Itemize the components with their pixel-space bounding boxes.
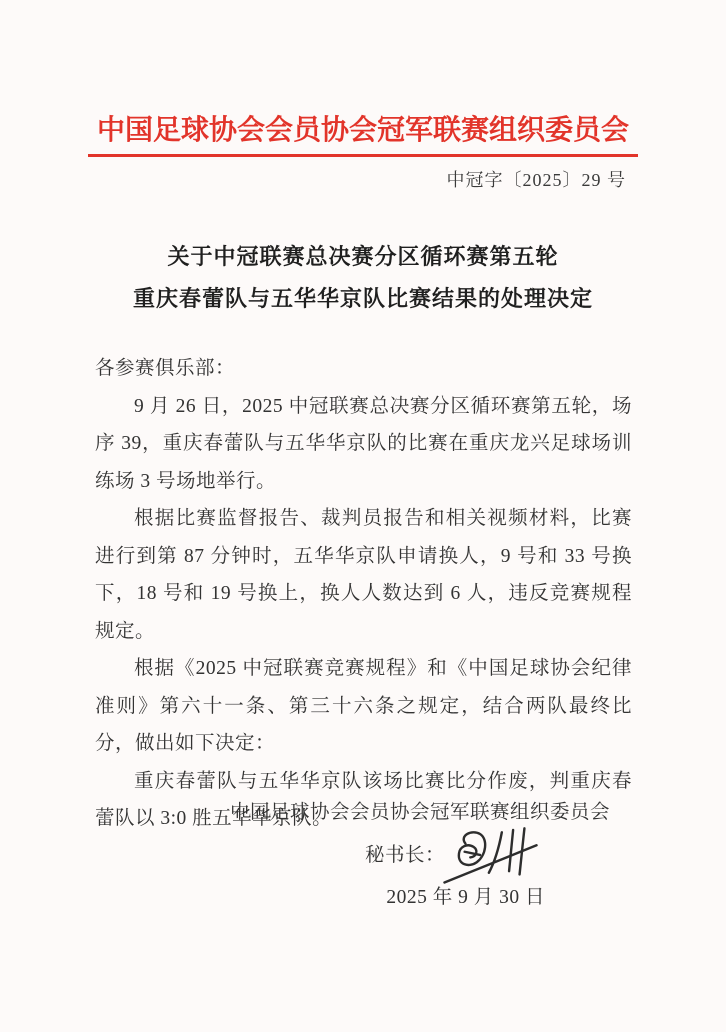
document-page: 中国足球协会会员协会冠军联赛组织委员会 中冠字〔2025〕29 号 关于中冠联赛… [0,0,726,1032]
body-paragraph-3: 根据《2025 中冠联赛竞赛规程》和《中国足球协会纪律准则》第六十一条、第三十六… [95,650,632,763]
document-title-line1: 关于中冠联赛总决赛分区循环赛第五轮 [0,236,726,278]
letterhead-org-title: 中国足球协会会员协会冠军联赛组织委员会 [88,108,638,157]
handwritten-signature [438,820,543,894]
document-number: 中冠字〔2025〕29 号 [447,166,627,192]
secretary-label: 秘书长： [0,843,726,869]
closing-block: 中国足球协会会员协会冠军联赛组织委员会 秘书长： 2025 年 9 月 30 日 [0,800,726,911]
body-paragraph-1: 9 月 26 日，2025 中冠联赛总决赛分区循环赛第五轮，场序 39，重庆春蕾… [95,388,632,501]
closing-date: 2025 年 9 月 30 日 [0,885,726,911]
document-title-line2: 重庆春蕾队与五华华京队比赛结果的处理决定 [0,278,726,320]
document-title: 关于中冠联赛总决赛分区循环赛第五轮 重庆春蕾队与五华华京队比赛结果的处理决定 [0,236,726,320]
body-paragraph-2: 根据比赛监督报告、裁判员报告和相关视频材料，比赛进行到第 87 分钟时，五华华京… [95,500,632,650]
closing-org-name: 中国足球协会会员协会冠军联赛组织委员会 [0,800,726,826]
document-body: 各参赛俱乐部： 9 月 26 日，2025 中冠联赛总决赛分区循环赛第五轮，场序… [95,350,632,838]
salutation: 各参赛俱乐部： [95,350,632,388]
